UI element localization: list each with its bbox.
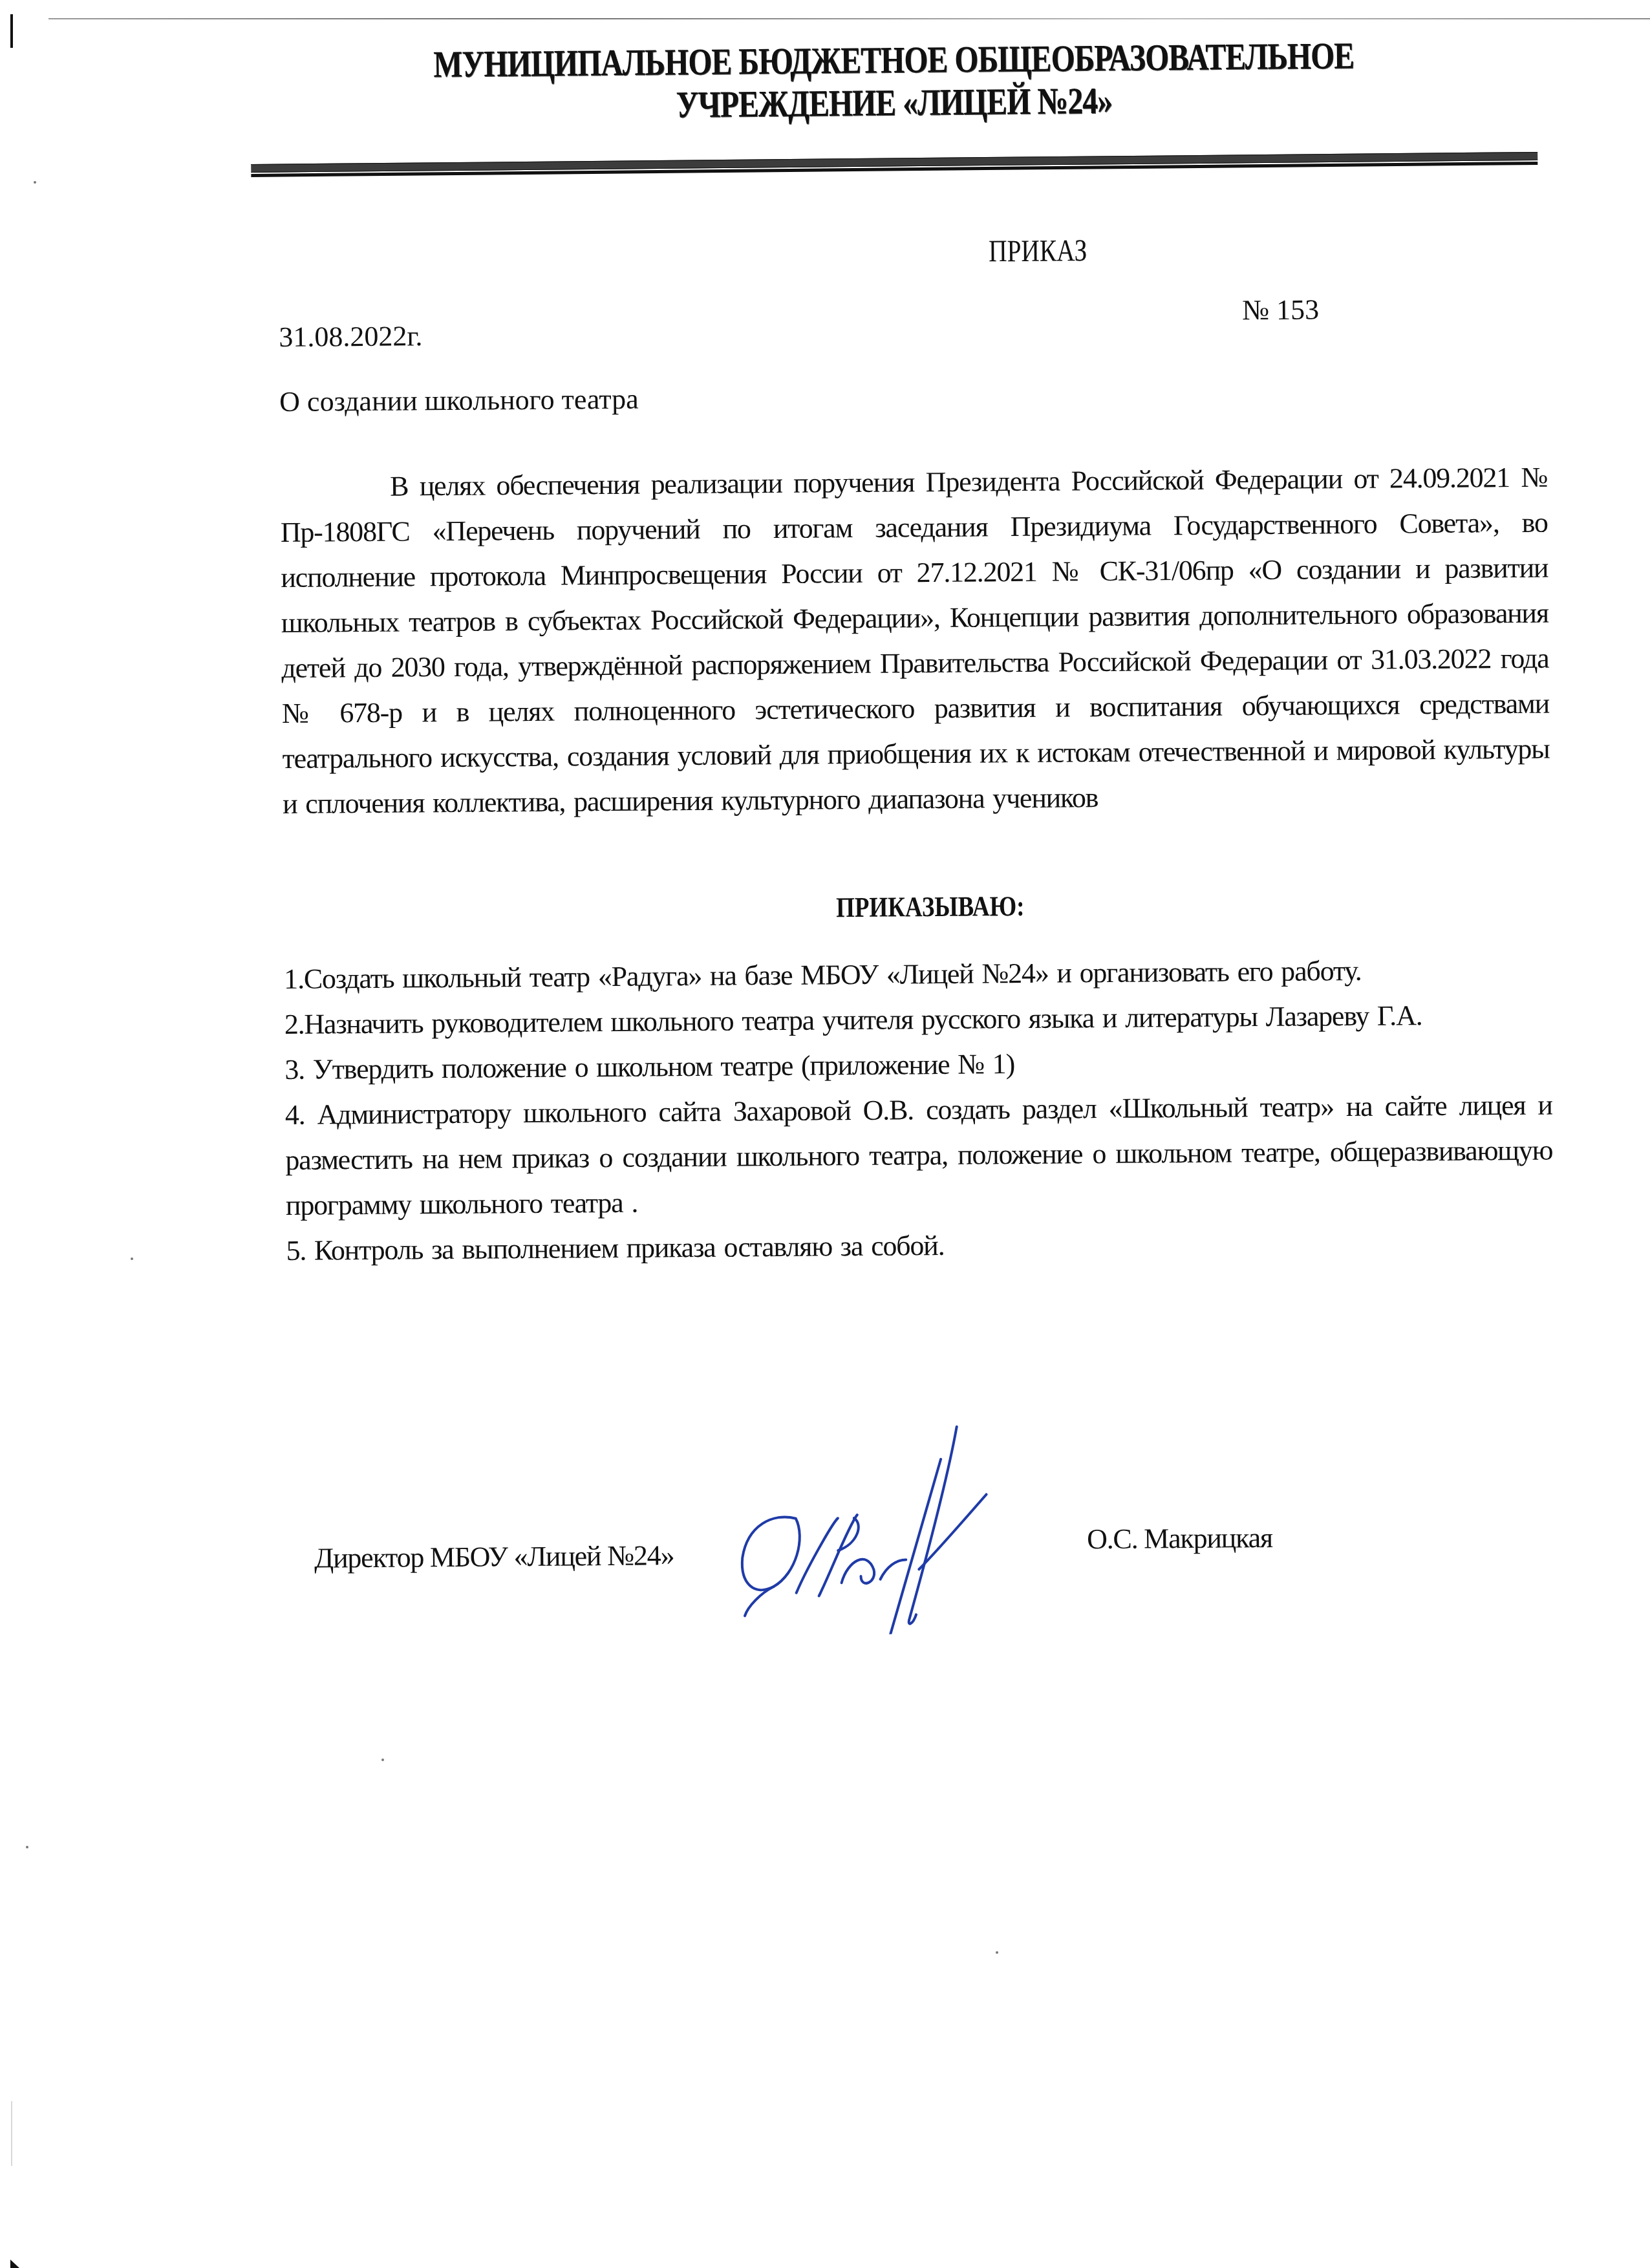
preamble-paragraph: В целях обеспечения реализации поручения… <box>280 455 1550 827</box>
scan-edge-line <box>11 2101 12 2166</box>
order-item: 5. Контроль за выполнением приказа остав… <box>286 1219 1553 1274</box>
scan-edge-top <box>48 18 1650 19</box>
order-subject: О создании школьного театра <box>279 379 639 423</box>
letterhead-double-rule <box>251 138 1537 176</box>
scan-edge-mark <box>10 14 13 48</box>
scan-speck <box>996 1951 998 1954</box>
order-date: 31.08.2022г. <box>279 316 423 358</box>
letterhead: МУНИЦИПАЛЬНОЕ БЮДЖЕТНОЕ ОБЩЕОБРАЗОВАТЕЛЬ… <box>248 32 1539 130</box>
signatory-role: Директор МБОУ «Лицей №24» <box>314 1539 674 1574</box>
scan-speck <box>26 1846 28 1848</box>
handwritten-signature-icon <box>734 1420 1046 1636</box>
scan-speck <box>131 1257 133 1260</box>
order-item: 4. Администратору школьного сайта Захаро… <box>285 1083 1554 1228</box>
signatory-name: О.С. Макрицкая <box>1087 1521 1272 1556</box>
scan-speck <box>34 181 36 184</box>
scan-speck <box>381 1759 384 1761</box>
order-items-list: 1.Создать школьный театр «Радуга» на баз… <box>284 947 1554 1274</box>
signature-block: Директор МБОУ «Лицей №24» О.С. Макрицкая <box>314 1473 1582 1651</box>
order-number: № 153 <box>1242 289 1319 331</box>
document-body: ПРИКАЗ 31.08.2022г. № 153 О создании шко… <box>278 209 1571 220</box>
decree-heading: ПРИКАЗЫВАЮ: <box>283 885 1576 928</box>
scan-corner-mark <box>10 2260 19 2268</box>
order-title: ПРИКАЗ <box>278 229 1571 275</box>
